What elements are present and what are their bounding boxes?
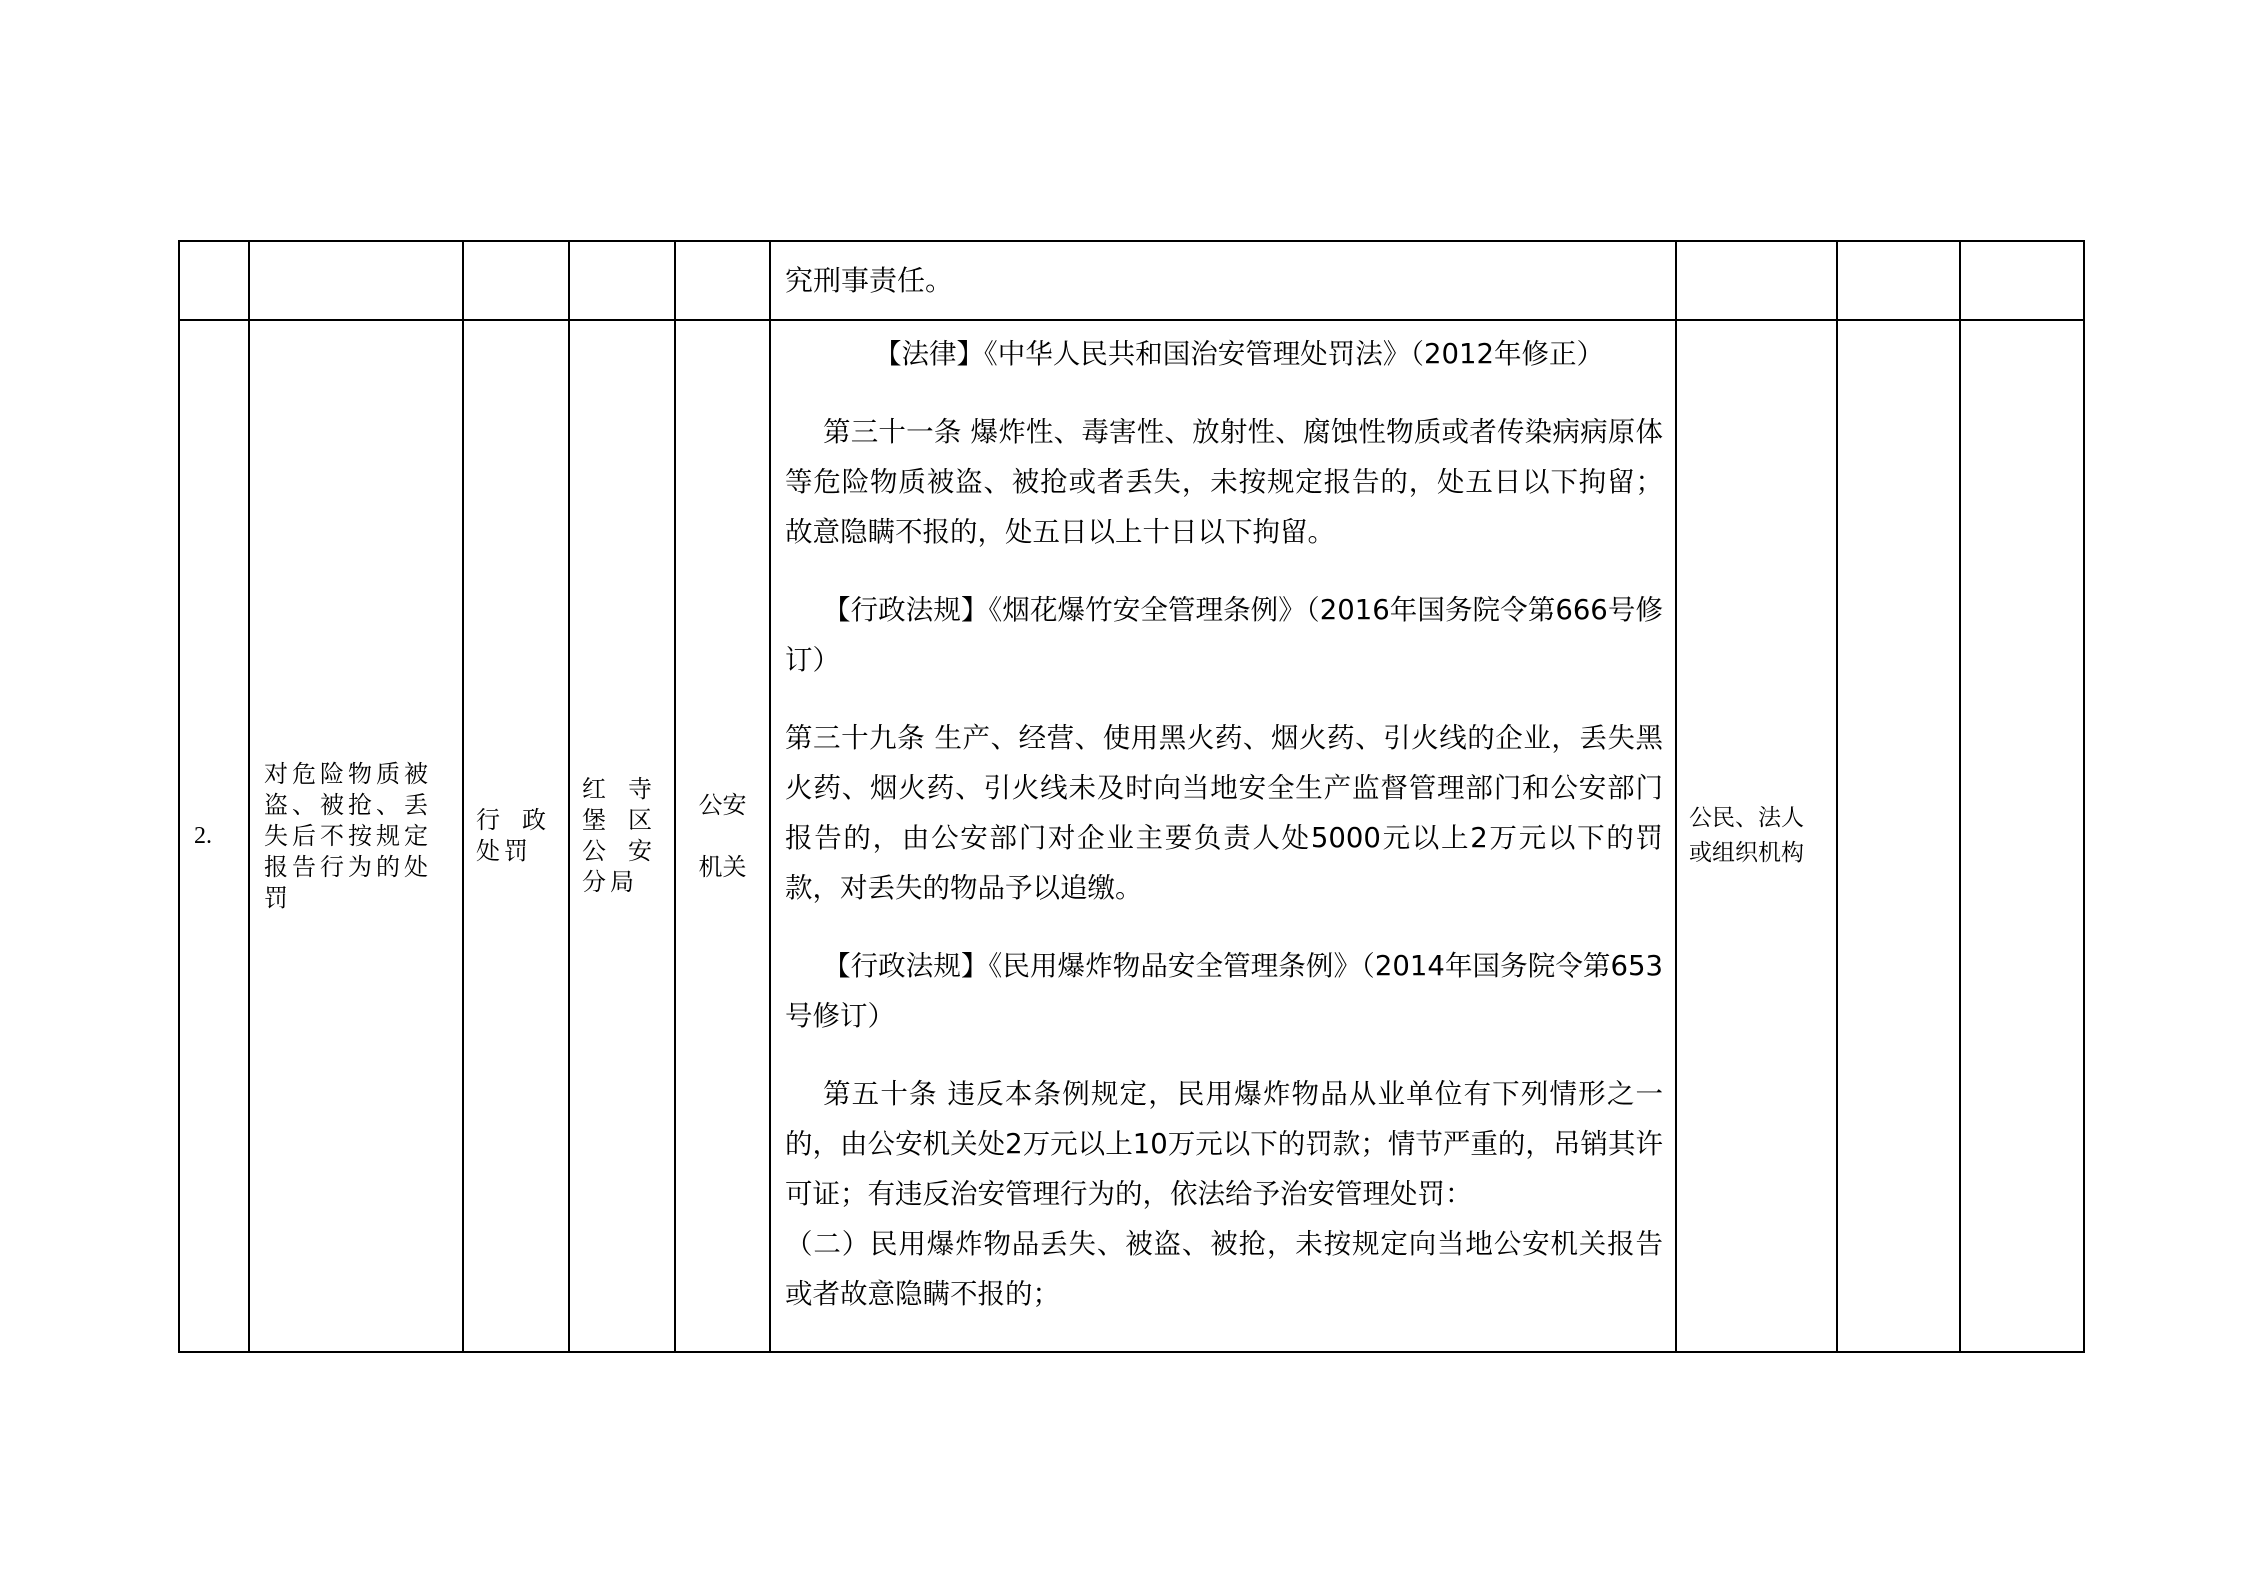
- item-org: 红寺 堡区 公安 分局: [569, 320, 675, 1352]
- char: 区: [628, 805, 656, 836]
- item-authority-line: 机关: [676, 836, 769, 898]
- basis-article-50-item-2: （二）民用爆炸物品丢失、被盗、被抢，未按规定向当地公安机关报告或者故意隐瞒不报的…: [785, 1219, 1663, 1319]
- char: 红: [582, 774, 610, 805]
- item-org-line: 堡区: [582, 805, 656, 836]
- document-page: 究刑事责任。 2. 对危险物质被 盗、被抢、丢 失后不按规定 报告行为的处 罚 …: [0, 0, 2245, 1587]
- cell-extra-1: [1837, 241, 1960, 320]
- item-legal-basis: 【法律】《中华人民共和国治安管理处罚法》（2012年修正） 第三十一条 爆炸性、…: [770, 320, 1676, 1352]
- cell-type: [463, 241, 569, 320]
- cell-authority: [675, 241, 770, 320]
- item-type: 行政 处罚: [463, 320, 569, 1352]
- item-subject-line: 公民、法人: [1689, 801, 1828, 836]
- basis-article-50: 第五十条 违反本条例规定，民用爆炸物品从业单位有下列情形之一的，由公安机关处2万…: [785, 1069, 1663, 1219]
- power-list-table: 究刑事责任。 2. 对危险物质被 盗、被抢、丢 失后不按规定 报告行为的处 罚 …: [178, 240, 2085, 1353]
- table-row-continuation: 究刑事责任。: [179, 241, 2084, 320]
- item-type-line: 处罚: [476, 836, 558, 867]
- item-extra-1: [1837, 320, 1960, 1352]
- cell-subject: [1676, 241, 1837, 320]
- char: 安: [628, 836, 656, 867]
- char: 寺: [628, 774, 656, 805]
- item-name-line: 盗、被抢、丢: [264, 790, 452, 821]
- item-subject-line: 或组织机构: [1689, 836, 1828, 871]
- char: 公: [582, 836, 610, 867]
- item-org-line: 公安: [582, 836, 656, 867]
- item-name: 对危险物质被 盗、被抢、丢 失后不按规定 报告行为的处 罚: [249, 320, 463, 1352]
- item-name-line: 报告行为的处: [264, 852, 452, 883]
- basis-continuation-text: 究刑事责任。: [785, 264, 953, 297]
- item-authority: 公安 机关: [675, 320, 770, 1352]
- char: 政: [522, 805, 550, 836]
- item-name-line: 失后不按规定: [264, 821, 452, 852]
- basis-article-31: 第三十一条 爆炸性、毒害性、放射性、腐蚀性物质或者传染病病原体等危险物质被盗、被…: [785, 407, 1663, 557]
- table-row-item-2: 2. 对危险物质被 盗、被抢、丢 失后不按规定 报告行为的处 罚 行政 处罚 红…: [179, 320, 2084, 1352]
- cell-extra-2: [1960, 241, 2084, 320]
- item-subject: 公民、法人 或组织机构: [1676, 320, 1837, 1352]
- item-extra-2: [1960, 320, 2084, 1352]
- cell-name: [249, 241, 463, 320]
- cell-basis: 究刑事责任。: [770, 241, 1676, 320]
- char: 行: [476, 805, 504, 836]
- cell-number: [179, 241, 249, 320]
- item-name-line: 对危险物质被: [264, 759, 452, 790]
- item-name-line: 罚: [264, 883, 452, 914]
- basis-regulation-explosives: 【行政法规】《民用爆炸物品安全管理条例》（2014年国务院令第653号修订）: [785, 941, 1663, 1041]
- item-number: 2.: [179, 320, 249, 1352]
- item-org-line: 红寺: [582, 774, 656, 805]
- item-org-line: 分局: [582, 867, 664, 898]
- basis-law-heading: 【法律】《中华人民共和国治安管理处罚法》（2012年修正）: [785, 329, 1663, 379]
- basis-regulation-fireworks: 【行政法规】《烟花爆竹安全管理条例》（2016年国务院令第666号修订）: [785, 585, 1663, 685]
- char: 堡: [582, 805, 610, 836]
- basis-article-39: 第三十九条 生产、经营、使用黑火药、烟火药、引火线的企业，丢失黑火药、烟火药、引…: [785, 713, 1663, 913]
- cell-org: [569, 241, 675, 320]
- item-type-line: 行政: [476, 805, 550, 836]
- item-authority-line: 公安: [676, 774, 769, 836]
